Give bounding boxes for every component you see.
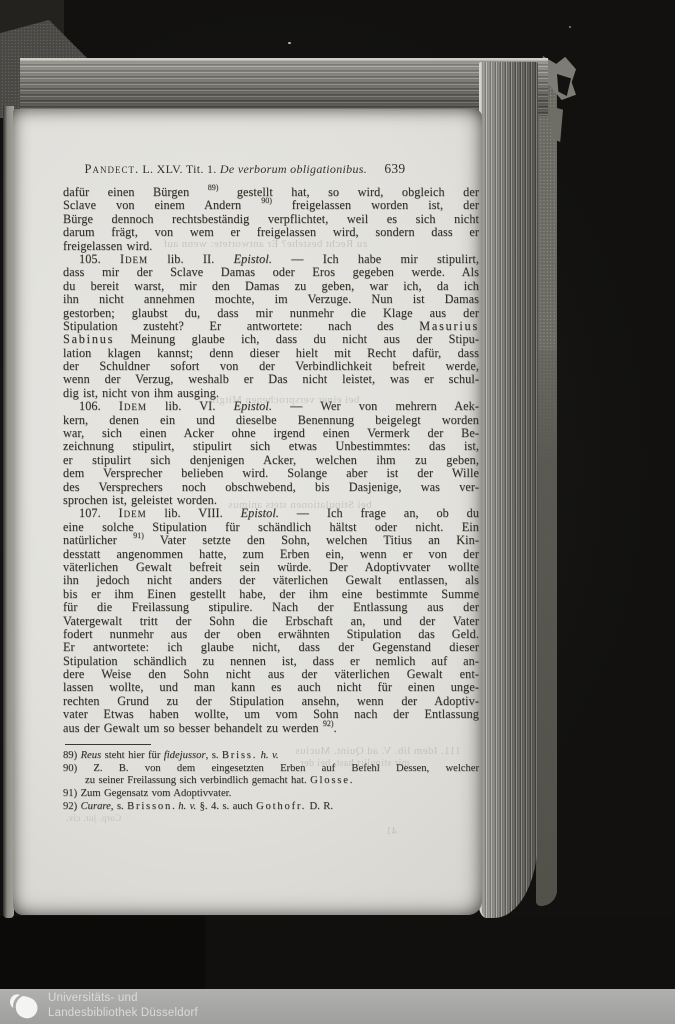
footnote-line: 90) Z. B. von dem eingesetzten Erben auf…: [63, 763, 479, 776]
text-line: Stipulation zusteht? Er antwortete: nach…: [63, 320, 479, 333]
text-line: kern, denen ein und dieselbe Benennung b…: [63, 414, 479, 427]
binding-cloth-edge: [536, 64, 557, 906]
footnote-line: 92) Curare, s. Brisson. h. v. §. 4. s. a…: [63, 801, 479, 814]
text-line: Sabinus Meinung glaube ich, dass du nich…: [63, 333, 479, 346]
footnote-line: zu seiner Freilassung sich verbindlich g…: [63, 775, 479, 788]
text-line: eine solche Stipulation für schändlich h…: [63, 521, 479, 534]
running-head-caps: Pandect.: [85, 162, 140, 176]
text-line: bis er ihm Einen gestellt habe, der ihm …: [63, 588, 479, 601]
text-line: Vatergewalt tritt der Sohn die Erbschaft…: [63, 615, 479, 628]
text-line: war, sich einen Acker ohne irgend einen …: [63, 427, 479, 440]
text-line: ihn nicht annehmen mochte, im Verzuge. N…: [63, 293, 479, 306]
bleedthrough-text: 111. Idem lib. V. ad Quint. Mucius: [295, 745, 461, 757]
library-name-line1: Universitäts- und: [48, 991, 198, 1006]
bleedthrough-text: bei einer versprochenen Mitgift: [208, 394, 359, 406]
running-head: Pandect. L. XLV. Tit. 1. De verborum obl…: [63, 160, 479, 178]
body-text: dafür einen Bürgen 89) gestellt hat, so …: [63, 186, 479, 735]
text-line: väterlichen Gewalt befreit sein würde. D…: [63, 561, 479, 574]
footnote-rule: [65, 744, 151, 745]
bleedthrough-text: Corp. jur. civ.: [66, 813, 121, 823]
text-line: Sclave von einem Andern 90) freigelassen…: [63, 199, 479, 212]
text-line: lation klagen kannst; denn dieser hielt …: [63, 347, 479, 360]
text-line: gestorben; glaubst du, dass mir nunmehr …: [63, 307, 479, 320]
text-line: fodert nunmehr aus der oben erwähnten St…: [63, 628, 479, 641]
text-line: zeichnung stipulirt, stipulirt sich etwa…: [63, 440, 479, 453]
scan-viewport: Pandect. L. XLV. Tit. 1. De verborum obl…: [0, 0, 675, 1024]
library-watermark-bar: Universitäts- und Landesbibliothek Düsse…: [0, 989, 675, 1024]
text-line: dass mir der Sclave Damas oder Eros gege…: [63, 266, 479, 279]
page-edges-top: [20, 58, 548, 116]
text-line: Er antwortete: ich glaube nicht, dass de…: [63, 641, 479, 654]
text-line: lassen wollte, und man kann es auch nich…: [63, 681, 479, 694]
text-line: wenn der Verzug, weshalb er Das nicht le…: [63, 373, 479, 386]
text-line: dere Weise den Sohn nicht aus der väterl…: [63, 668, 479, 681]
running-head-title: De verborum obligationibus.: [220, 162, 367, 176]
text-line: des Versprechers noch obschwebend, bis D…: [63, 481, 479, 494]
dust-speck: [569, 26, 571, 28]
library-name: Universitäts- und Landesbibliothek Düsse…: [48, 991, 198, 1020]
text-column: Pandect. L. XLV. Tit. 1. De verborum obl…: [63, 160, 479, 813]
bleedthrough-text: 41: [386, 826, 397, 837]
text-line: aus der Gewalt um so besser behandelt zu…: [63, 722, 479, 735]
background-patch: [0, 916, 205, 990]
bleedthrough-text: bei Stipulationen stets animus: [228, 499, 372, 511]
dust-speck: [288, 42, 291, 44]
text-line: desstatt angenommen hatte, zum Erben ein…: [63, 548, 479, 561]
text-line: vater Etwas haben wollte, um vom Sohn na…: [63, 708, 479, 721]
text-line: dem Versprecher belieben wird. Solange a…: [63, 467, 479, 480]
bleedthrough-text: zu Recht bestehe? Er antwortete: wenn au…: [163, 238, 368, 250]
library-name-line2: Landesbibliothek Düsseldorf: [48, 1006, 198, 1021]
bleedthrough-text: mir stipulirt hast, bei der: [300, 758, 409, 769]
running-head-ref: L. XLV. Tit. 1.: [142, 162, 216, 176]
text-line: er stipulirt sich denjenigen Acker, welc…: [63, 454, 479, 467]
footnotes: 89) Reus steht hier für fidejussor, s. B…: [63, 750, 479, 813]
page-edges-right: [479, 62, 538, 918]
library-logo-icon: [7, 992, 41, 1022]
text-line: für die Freilassung stipulire. Nach der …: [63, 601, 479, 614]
text-line: rechten Grund zu der Stipulation ansehn,…: [63, 695, 479, 708]
text-line: 105. Idem lib. II. Epistol. — Ich habe m…: [63, 253, 479, 266]
book-page: Pandect. L. XLV. Tit. 1. De verborum obl…: [13, 109, 482, 915]
text-line: Stipulation schändlich zu nennen ist, da…: [63, 655, 479, 668]
page-number: 639: [384, 161, 405, 176]
footnote-line: 91) Zum Gegensatz vom Adoptivvater.: [63, 788, 479, 801]
text-line: du bereit warst, mir den Damas zu geben,…: [63, 280, 479, 293]
text-line: der Schuldner sofort von der Verbindlich…: [63, 360, 479, 373]
text-line: Bürge dennoch rechtsbeständig verpflicht…: [63, 213, 479, 226]
text-line: ihn jedoch nicht anders der väterlichen …: [63, 574, 479, 587]
text-line: natürlicher 91) Vater setzte den Sohn, w…: [63, 534, 479, 547]
